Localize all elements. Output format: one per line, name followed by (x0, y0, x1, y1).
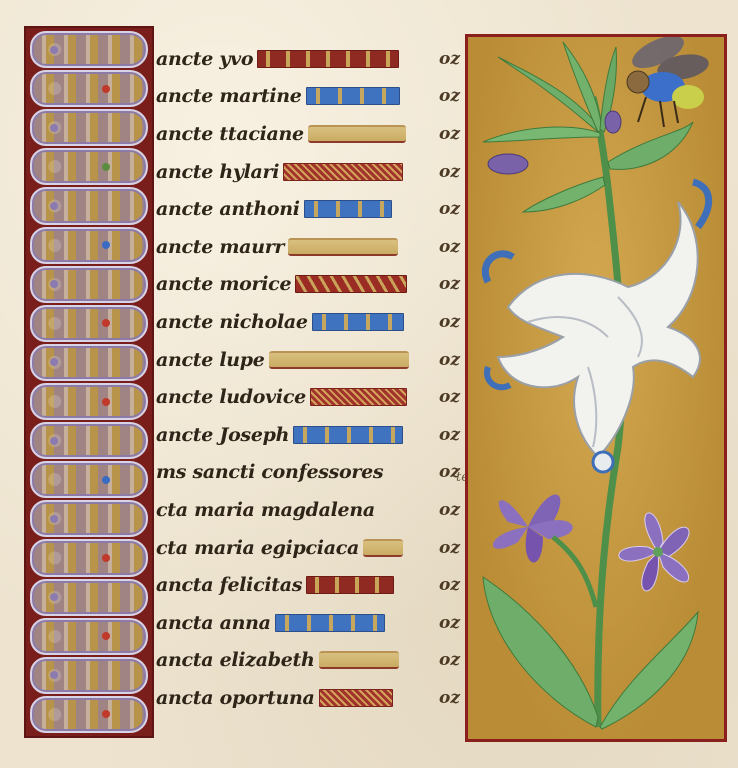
saint-name: ancta felicitas (156, 574, 302, 596)
decorated-initial (30, 500, 148, 537)
rank-numeral: oz (439, 274, 460, 294)
saint-name: ancte morice (156, 273, 291, 295)
ornament-dot-icon (50, 671, 58, 679)
saint-name: ancte nicholae (156, 311, 308, 333)
decorated-initial (30, 266, 148, 303)
ornament-dot-icon (102, 241, 110, 249)
decorated-initial (30, 227, 148, 264)
saint-name: cta maria magdalena (156, 499, 375, 521)
ornament-dot-icon (50, 515, 58, 523)
decorated-initial (30, 657, 148, 694)
calendar-entry: ancte maurroz (156, 228, 466, 266)
calendar-entry: ancte nicholaeoz (156, 303, 466, 341)
line-filler-branch (288, 238, 398, 256)
line-filler-red-lattice (283, 163, 403, 181)
calendar-entry: ancte hylarioz (156, 153, 466, 191)
saint-name: ancte ttaciane (156, 123, 304, 145)
saint-name: ancta anna (156, 612, 271, 634)
decorated-initial (30, 70, 148, 107)
calendar-entry: cta maria egipciacaoz (156, 529, 466, 567)
periwinkle-flower-icon (619, 513, 689, 591)
calendar-entry: cta maria magdalenaoz (156, 491, 466, 529)
manuscript-page: ancte yvoozancte martineozancte ttaciane… (0, 0, 738, 768)
decorated-initial (30, 579, 148, 616)
decorated-initial (30, 305, 148, 342)
calendar-entry: ancte ludoviceoz (156, 378, 466, 416)
saint-name: ancte yvo (156, 48, 253, 70)
calendar-entry: ancta annaoz (156, 604, 466, 642)
line-filler-blue-vine (306, 87, 400, 105)
fly-icon (627, 37, 711, 127)
line-filler-blue-vine (293, 426, 403, 444)
rank-numeral: oz (439, 350, 460, 370)
saint-name: ancta oportuna (156, 687, 315, 709)
line-filler-red-lattice (319, 689, 393, 707)
ornament-dot-icon (102, 710, 110, 718)
ornament-dot-icon (102, 163, 110, 171)
ornament-dot-icon (50, 437, 58, 445)
rank-numeral: oz (439, 86, 460, 106)
decorated-initial (30, 109, 148, 146)
decorated-initial (30, 383, 148, 420)
saint-name: ancte anthoni (156, 198, 300, 220)
saint-name: ancte Joseph (156, 424, 289, 446)
calendar-entry: ancte ttacianeoz (156, 115, 466, 153)
calendar-entry: ancta oportunaoz (156, 679, 466, 717)
saint-name: ancta elizabeth (156, 649, 315, 671)
calendar-entry: ms sancti confessoresoz (156, 454, 466, 492)
floral-illustration (468, 37, 724, 739)
calendar-entry: ancte Josephoz (156, 416, 466, 454)
line-filler-branch (363, 539, 403, 557)
rank-numeral: oz (439, 162, 460, 182)
decorated-initial (30, 344, 148, 381)
line-filler-branch (308, 125, 406, 143)
rank-numeral: oz (439, 688, 460, 708)
rank-numeral: oz (439, 237, 460, 257)
ornament-dot-icon (102, 632, 110, 640)
ornament-dot-icon (50, 358, 58, 366)
line-filler-red-lattice (310, 388, 407, 406)
decorated-initial (30, 539, 148, 576)
periwinkle-flower-icon (493, 495, 573, 563)
saint-name: ancte lupe (156, 349, 265, 371)
ornament-dot-icon (102, 319, 110, 327)
rank-numeral: oz (439, 538, 460, 558)
calendar-entry: ancte martineoz (156, 78, 466, 116)
saint-name: ancte maurr (156, 236, 284, 258)
line-filler-branch (319, 651, 399, 669)
ornament-dot-icon (50, 46, 58, 54)
rank-numeral: oz (439, 425, 460, 445)
calendar-entry: ancte lupeoz (156, 341, 466, 379)
calendar-entry: ancte yvooz (156, 40, 466, 78)
line-filler-red-vine (257, 50, 399, 68)
rank-numeral: oz (439, 500, 460, 520)
rank-numeral: oz (439, 575, 460, 595)
decorated-initial (30, 31, 148, 68)
saint-name: ms sancti confessores (156, 461, 383, 483)
ornament-dot-icon (102, 85, 110, 93)
calendar-text-column: ancte yvoozancte martineozancte ttaciane… (156, 40, 466, 717)
ornament-dot-icon (50, 593, 58, 601)
ornament-dot-icon (50, 280, 58, 288)
decorated-initial (30, 148, 148, 185)
ornament-dot-icon (102, 554, 110, 562)
saint-name: cta maria egipciaca (156, 537, 359, 559)
calendar-entry: ancte moriceoz (156, 266, 466, 304)
saint-name: ancte ludovice (156, 386, 306, 408)
rank-numeral: oz (439, 613, 460, 633)
decorated-initial (30, 618, 148, 655)
rank-numeral: oz (439, 387, 460, 407)
rank-numeral: oz (439, 199, 460, 219)
calendar-entry: ancta felicitasoz (156, 566, 466, 604)
decorated-initial (30, 187, 148, 224)
line-filler-blue-vine (312, 313, 404, 331)
calendar-entry: ancta elizabethoz (156, 642, 466, 680)
ornament-dot-icon (50, 202, 58, 210)
rank-numeral: oz (439, 124, 460, 144)
decorated-initial (30, 461, 148, 498)
leaf-icon (483, 577, 598, 727)
rank-numeral: oz (439, 49, 460, 69)
line-filler-branch (269, 351, 409, 369)
purple-bud-icon (488, 154, 528, 174)
ornament-dot-icon (102, 398, 110, 406)
calendar-entry: ancte anthonioz (156, 190, 466, 228)
saint-name: ancte hylari (156, 161, 279, 183)
line-filler-red-zigzag (295, 275, 407, 293)
ornament-dot-icon (50, 124, 58, 132)
ornament-dot-icon (102, 476, 110, 484)
line-filler-blue-vine (275, 614, 385, 632)
line-filler-red-vine (306, 576, 394, 594)
rank-numeral: oz (439, 312, 460, 332)
rank-numeral: oz (439, 650, 460, 670)
decorated-initial (30, 422, 148, 459)
acanthus-scroll-icon (485, 182, 708, 472)
decorated-initials-column (24, 26, 154, 738)
decorated-initial (30, 696, 148, 733)
saint-name: ancte martine (156, 85, 302, 107)
floral-border-panel (465, 34, 727, 742)
line-filler-blue-vine (304, 200, 392, 218)
